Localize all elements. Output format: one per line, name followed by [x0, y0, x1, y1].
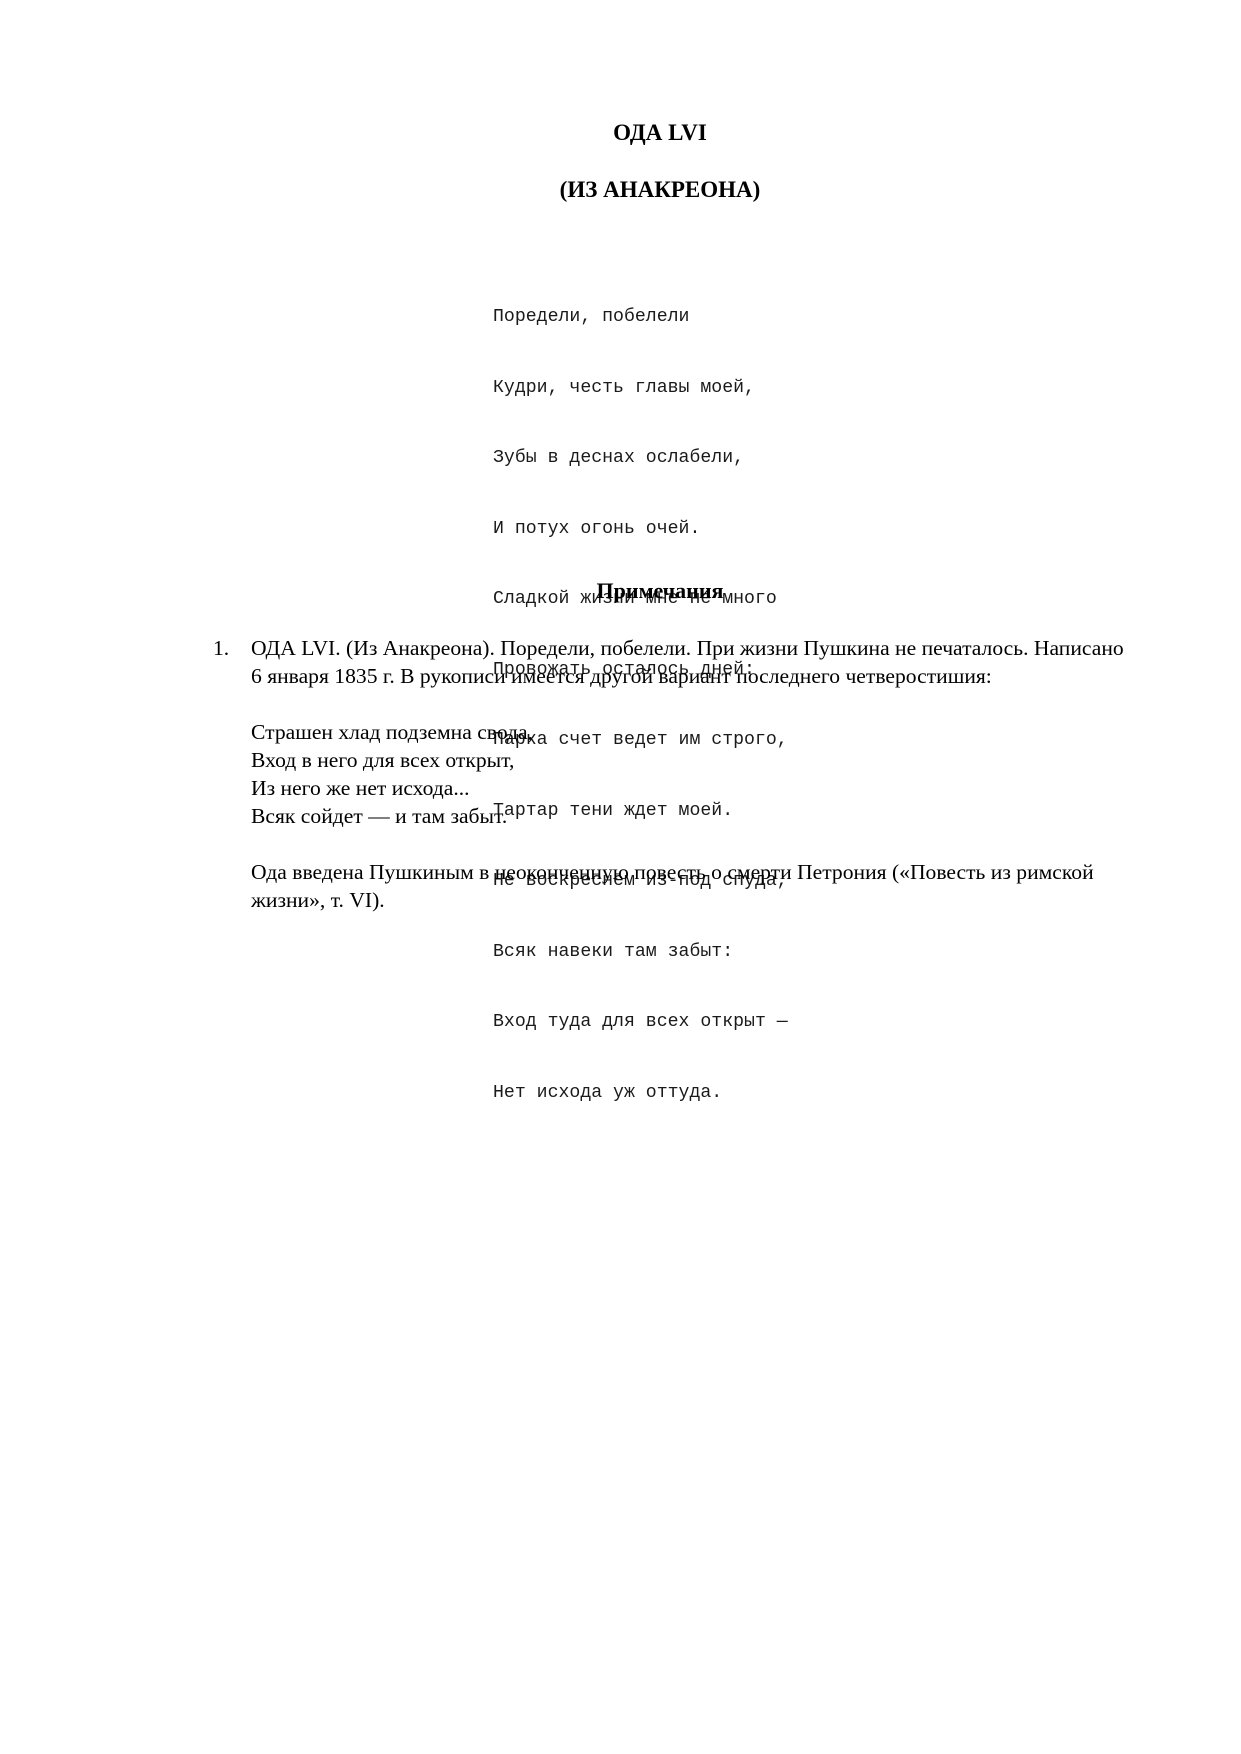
poem-line: Кудри, честь главы моей,: [493, 377, 788, 401]
poem-line: И потух огонь очей.: [493, 518, 788, 542]
note-item: 1. ОДА LVI. (Из Анакреона). Поредели, по…: [213, 634, 1133, 914]
note-number: 1.: [213, 634, 229, 662]
poem-line: Нет исхода уж оттуда.: [493, 1082, 788, 1106]
document-page: ОДА LVI (ИЗ АНАКРЕОНА) Поредели, побелел…: [0, 0, 1241, 1754]
variant-stanza: Страшен хлад подземна свода, Вход в него…: [251, 718, 1133, 830]
variant-line: Страшен хлад подземна свода,: [251, 718, 1133, 746]
variant-line: Вход в него для всех открыт,: [251, 746, 1133, 774]
notes-heading: Примечания: [0, 577, 1241, 605]
poem-line: Поредели, побелели: [493, 306, 788, 330]
variant-line: Всяк сойдет — и там забыт.: [251, 802, 1133, 830]
poem-line: Зубы в деснах ослабели,: [493, 447, 788, 471]
note-intro: ОДА LVI. (Из Анакреона). Поредели, побел…: [251, 634, 1133, 690]
poem-line: Вход туда для всех открыт —: [493, 1011, 788, 1035]
note-outro: Ода введена Пушкиным в неоконченную пове…: [251, 858, 1133, 914]
poem-title: ОДА LVI: [0, 119, 1241, 147]
variant-line: Из него же нет исхода...: [251, 774, 1133, 802]
poem-line: Всяк навеки там забыт:: [493, 941, 788, 965]
notes-list: 1. ОДА LVI. (Из Анакреона). Поредели, по…: [213, 634, 1133, 942]
poem-subtitle: (ИЗ АНАКРЕОНА): [0, 176, 1241, 204]
